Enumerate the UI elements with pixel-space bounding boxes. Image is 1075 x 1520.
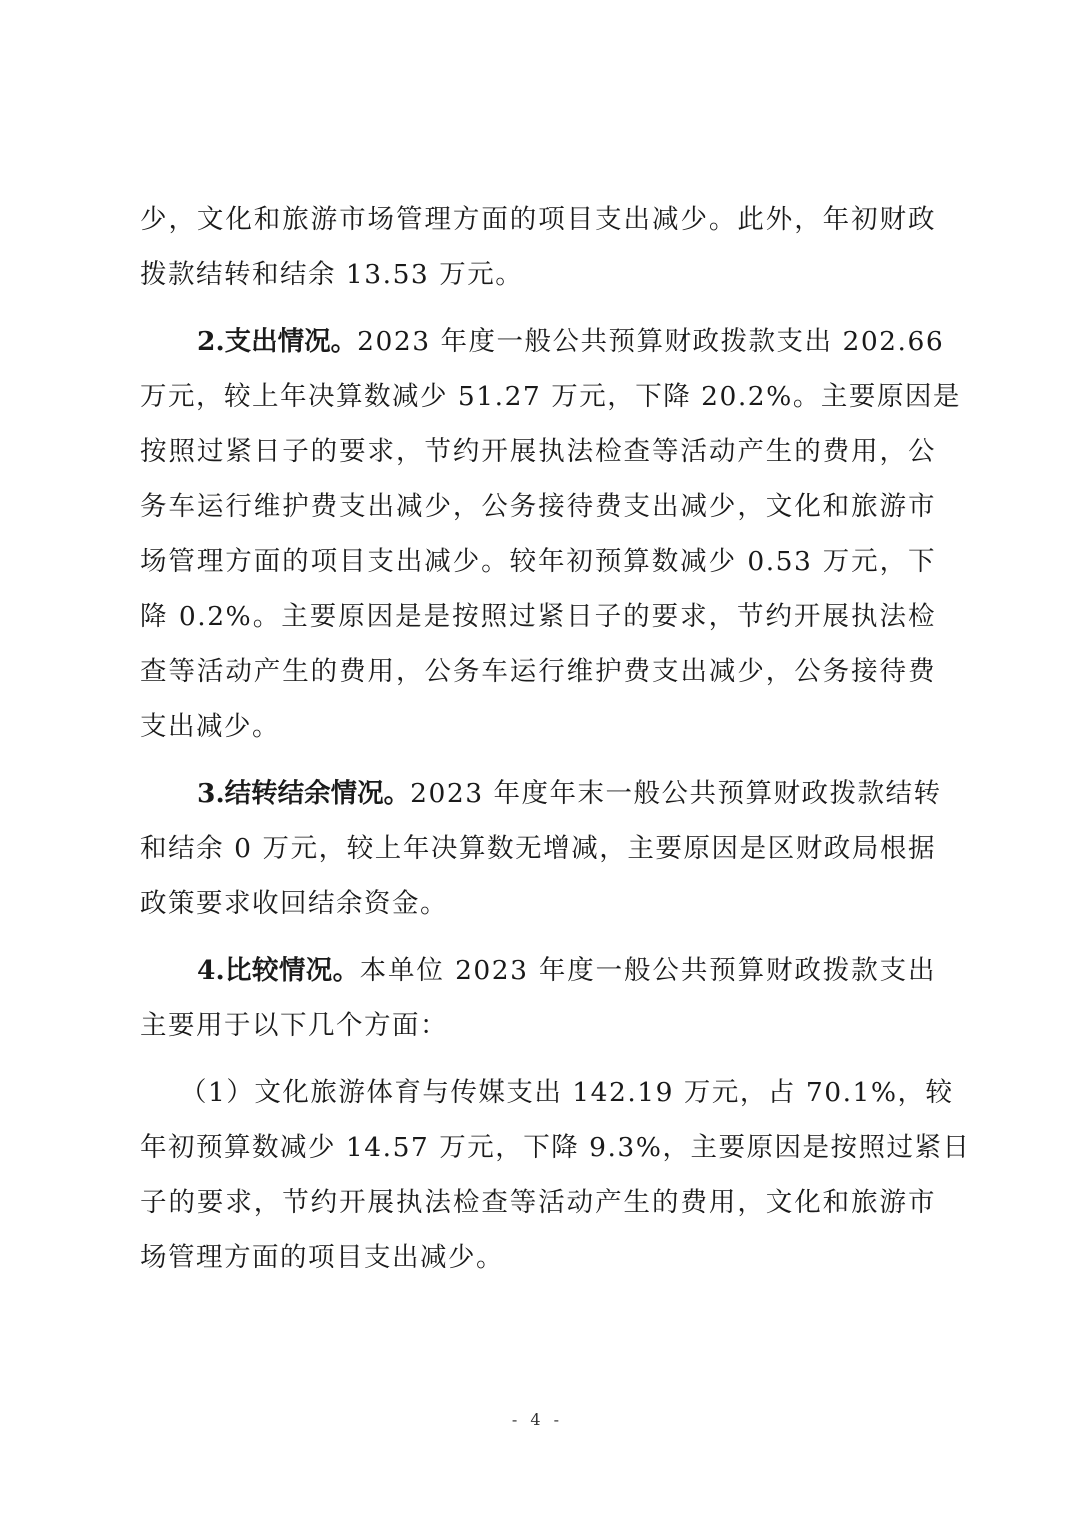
- text-line: 主要用于以下几个方面：: [140, 1006, 448, 1046]
- paragraph-first-line: 4.比较情况。本单位 2023 年度一般公共预算财政拨款支出: [197, 951, 936, 991]
- text-span: 本单位 2023 年度一般公共预算财政拨款支出: [360, 955, 936, 986]
- text-line: 按照过紧日子的要求，节约开展执法检查等活动产生的费用，公: [140, 432, 936, 472]
- text-line: 支出减少。: [140, 707, 280, 747]
- text-line: 务车运行维护费支出减少，公务接待费支出减少，文化和旅游市: [140, 487, 936, 527]
- text-line: 降 0.2%。主要原因是是按照过紧日子的要求，节约开展执法检: [140, 597, 936, 637]
- text-line: 拨款结转和结余 13.53 万元。: [140, 255, 523, 295]
- text-line: 场管理方面的项目支出减少。: [140, 1238, 504, 1278]
- paragraph-first-line: 2.支出情况。2023 年度一般公共预算财政拨款支出 202.66: [197, 322, 936, 362]
- text-line: 子的要求，节约开展执法检查等活动产生的费用，文化和旅游市: [140, 1183, 936, 1223]
- text-line: 少，文化和旅游市场管理方面的项目支出减少。此外，年初财政: [140, 200, 936, 240]
- section-heading: 4.比较情况。: [197, 955, 360, 986]
- page-number: - 4 -: [0, 1410, 1075, 1429]
- section-heading: 2.支出情况。: [197, 326, 357, 357]
- text-span: 2023 年度年末一般公共预算财政拨款结转: [410, 778, 941, 809]
- text-line: 年初预算数减少 14.57 万元，下降 9.3%，主要原因是按照过紧日: [140, 1128, 936, 1168]
- list-item-first-line: （1）文化旅游体育与传媒支出 142.19 万元，占 70.1%，较: [180, 1073, 936, 1113]
- text-line: 查等活动产生的费用，公务车运行维护费支出减少，公务接待费: [140, 652, 936, 692]
- text-span: 2023 年度一般公共预算财政拨款支出 202.66: [357, 326, 944, 357]
- section-heading: 3.结转结余情况。: [197, 778, 410, 809]
- text-line: 和结余 0 万元，较上年决算数无增减，主要原因是区财政局根据: [140, 829, 936, 869]
- text-line: 万元，较上年决算数减少 51.27 万元，下降 20.2%。主要原因是: [140, 377, 936, 417]
- paragraph-first-line: 3.结转结余情况。2023 年度年末一般公共预算财政拨款结转: [197, 774, 936, 814]
- text-line: 政策要求收回结余资金。: [140, 884, 448, 924]
- text-line: 场管理方面的项目支出减少。较年初预算数减少 0.53 万元，下: [140, 542, 936, 582]
